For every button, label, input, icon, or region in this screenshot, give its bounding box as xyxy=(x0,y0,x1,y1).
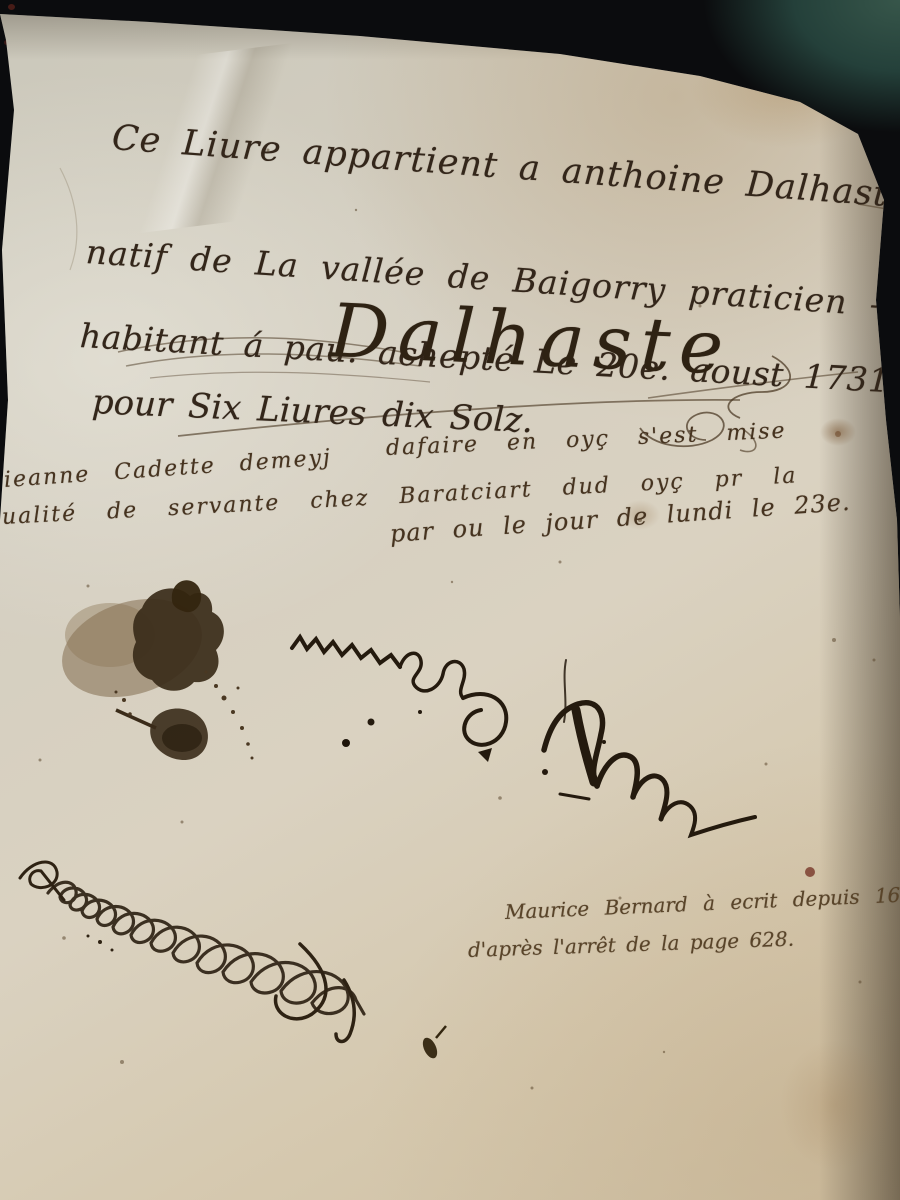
middle-note-line1-left: ieanne Cadette demeyj xyxy=(3,445,332,493)
faint-crease-line xyxy=(60,168,77,270)
scribble-wave xyxy=(292,637,506,762)
spine-speck xyxy=(8,4,15,10)
ink-drip xyxy=(420,1026,446,1061)
ink-blot xyxy=(49,580,253,760)
manuscript-page: Ce Liure appartient a anthoine Dalhaste … xyxy=(0,0,900,1200)
red-stain-dot xyxy=(805,867,815,877)
scribble-bold-strokes xyxy=(542,660,755,835)
fingerprint-smudge xyxy=(780,1040,890,1170)
inscription-line-1: Ce Liure appartient a anthoine Dalhaste xyxy=(111,118,900,216)
owner-signature: Dalhaste xyxy=(328,288,734,391)
bottom-note-line1: Maurice Bernard à ecrit depuis 16 xyxy=(504,883,900,924)
paper-stain xyxy=(820,418,856,446)
manuscript-photo: Ce Liure appartient a anthoine Dalhaste … xyxy=(0,0,900,1200)
scribble-loop-chain xyxy=(20,862,364,1042)
bottom-note-line2: d'après l'arrêt de la page 628. xyxy=(468,927,795,962)
ink-spatter xyxy=(115,671,254,760)
